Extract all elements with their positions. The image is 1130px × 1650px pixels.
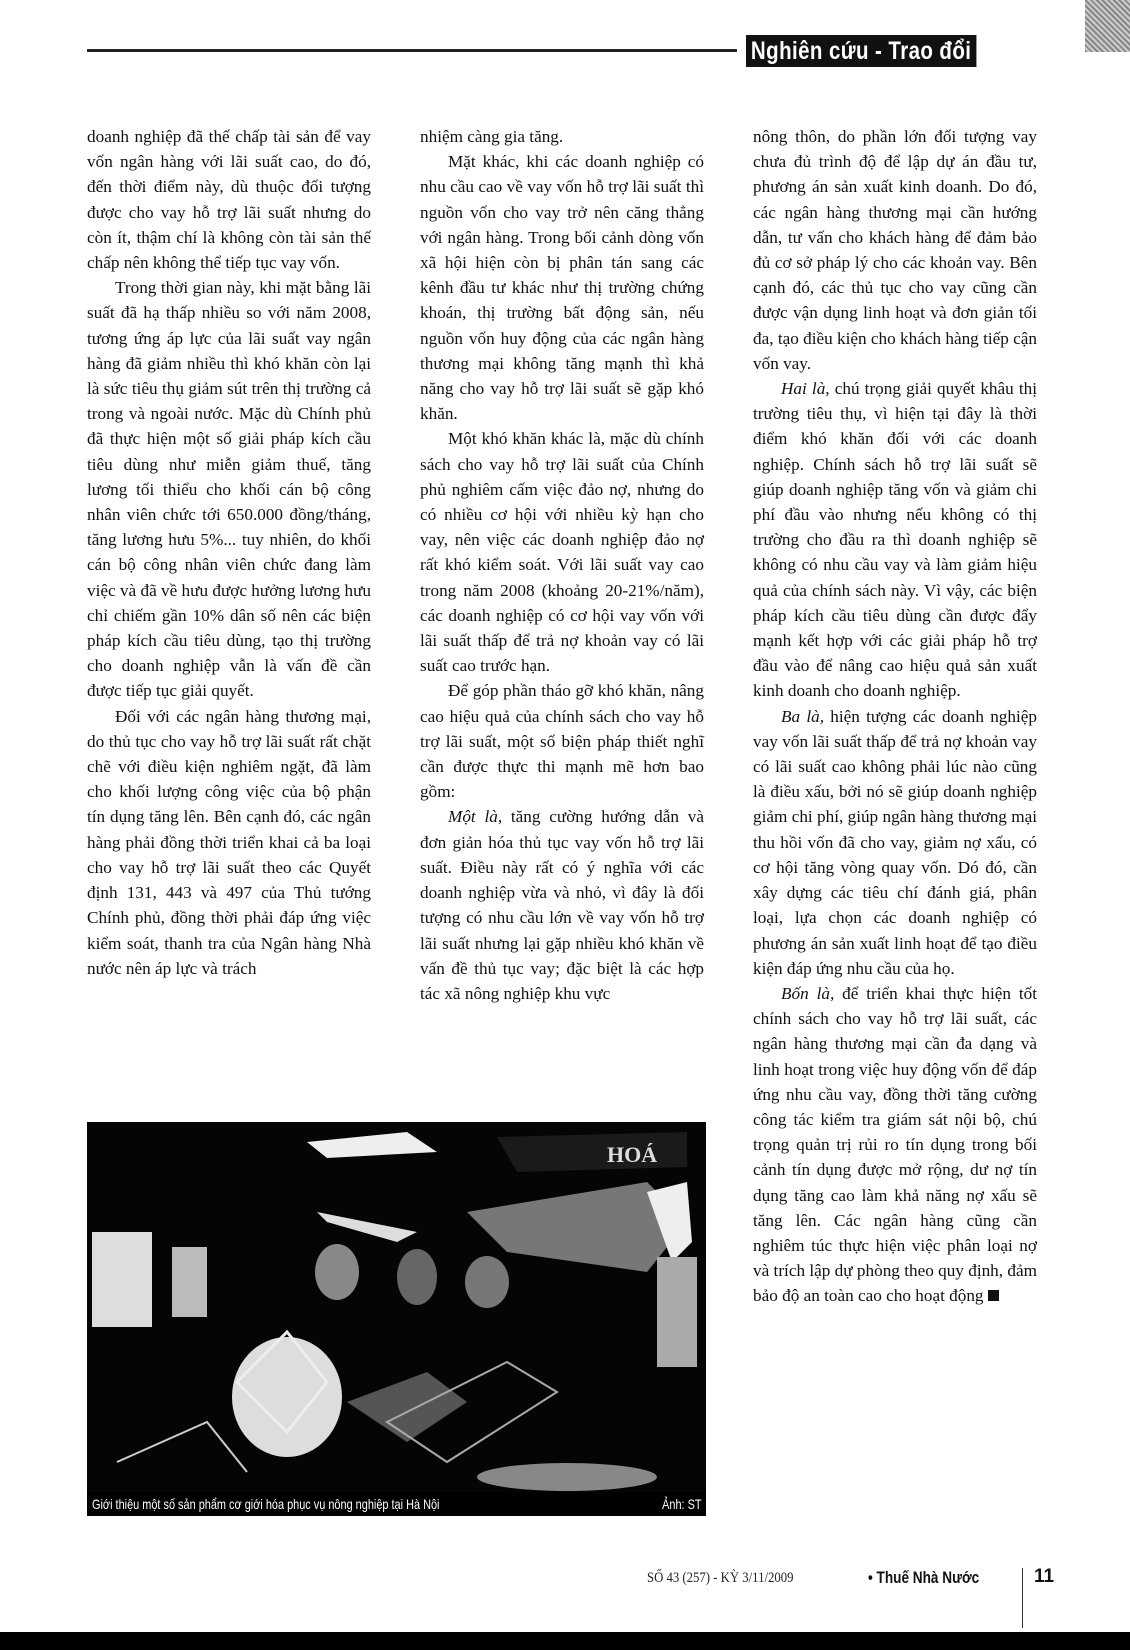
paragraph: Một khó khăn khác là, mặc dù chính sách …: [420, 426, 704, 678]
column-1: doanh nghiệp đã thế chấp tài sản để vay …: [87, 124, 371, 981]
paragraph: Bốn là, để triển khai thực hiện tốt chín…: [753, 981, 1037, 1309]
paragraph: doanh nghiệp đã thế chấp tài sản để vay …: [87, 124, 371, 275]
header-rule: [87, 49, 737, 52]
footer-issue: SỐ 43 (257) - KỲ 3/11/2009: [647, 1570, 819, 1587]
section-label: Nghiên cứu - Trao đổi: [746, 35, 976, 67]
paragraph-text: hiện tượng các doanh nghiệp vay vốn lãi …: [753, 707, 1037, 978]
paragraph: Hai là, chú trọng giải quyết khâu thị tr…: [753, 376, 1037, 704]
paragraph: nhiệm càng gia tăng.: [420, 124, 704, 149]
paragraph: Để góp phần tháo gỡ khó khăn, nâng cao h…: [420, 678, 704, 804]
column-3: nông thôn, do phần lớn đối tượng vay chư…: [753, 124, 1037, 1309]
page-number: 11: [1034, 1566, 1054, 1588]
paragraph: Trong thời gian này, khi mặt bằng lãi su…: [87, 275, 371, 703]
paragraph-text: để triển khai thực hiện tốt chính sách c…: [753, 984, 1037, 1305]
scan-edge-bar: [0, 1632, 1130, 1650]
column-2: nhiệm càng gia tăng. Mặt khác, khi các d…: [420, 124, 704, 1006]
paragraph: Đối với các ngân hàng thương mại, do thủ…: [87, 704, 371, 981]
issue-label: SỐ 43 (257) - KỲ 3/11/2009: [647, 1570, 794, 1587]
corner-texture: [1085, 0, 1130, 52]
footer-brand: • Thuế Nhà Nước: [868, 1568, 979, 1588]
list-lead: Ba là,: [781, 707, 824, 726]
list-lead: Một là,: [448, 807, 502, 826]
svg-text:HOÁ: HOÁ: [607, 1142, 657, 1167]
photo-image: HOÁ: [87, 1122, 706, 1516]
paragraph: Mặt khác, khi các doanh nghiệp có nhu cầ…: [420, 149, 704, 426]
footer-divider: [1022, 1568, 1023, 1628]
list-lead: Bốn là,: [781, 984, 834, 1003]
end-mark-icon: [988, 1290, 999, 1301]
paragraph: nông thôn, do phần lớn đối tượng vay chư…: [753, 124, 1037, 376]
paragraph: Ba là, hiện tượng các doanh nghiệp vay v…: [753, 704, 1037, 981]
photo-caption: Giới thiệu một số sản phẩm cơ giới hóa p…: [92, 1492, 439, 1516]
list-lead: Hai là,: [781, 379, 830, 398]
photo: HOÁ Giới thiệu một số sản phẩm cơ giới h…: [87, 1122, 706, 1516]
photo-caption-bar: Giới thiệu một số sản phẩm cơ giới hóa p…: [87, 1492, 706, 1516]
photo-credit: Ảnh: ST: [663, 1492, 702, 1516]
paragraph-text: tăng cường hướng dẫn và đơn giản hóa thủ…: [420, 807, 704, 1002]
paragraph-text: chú trọng giải quyết khâu thị trường tiê…: [753, 379, 1037, 700]
paragraph: Một là, tăng cường hướng dẫn và đơn giản…: [420, 804, 704, 1006]
